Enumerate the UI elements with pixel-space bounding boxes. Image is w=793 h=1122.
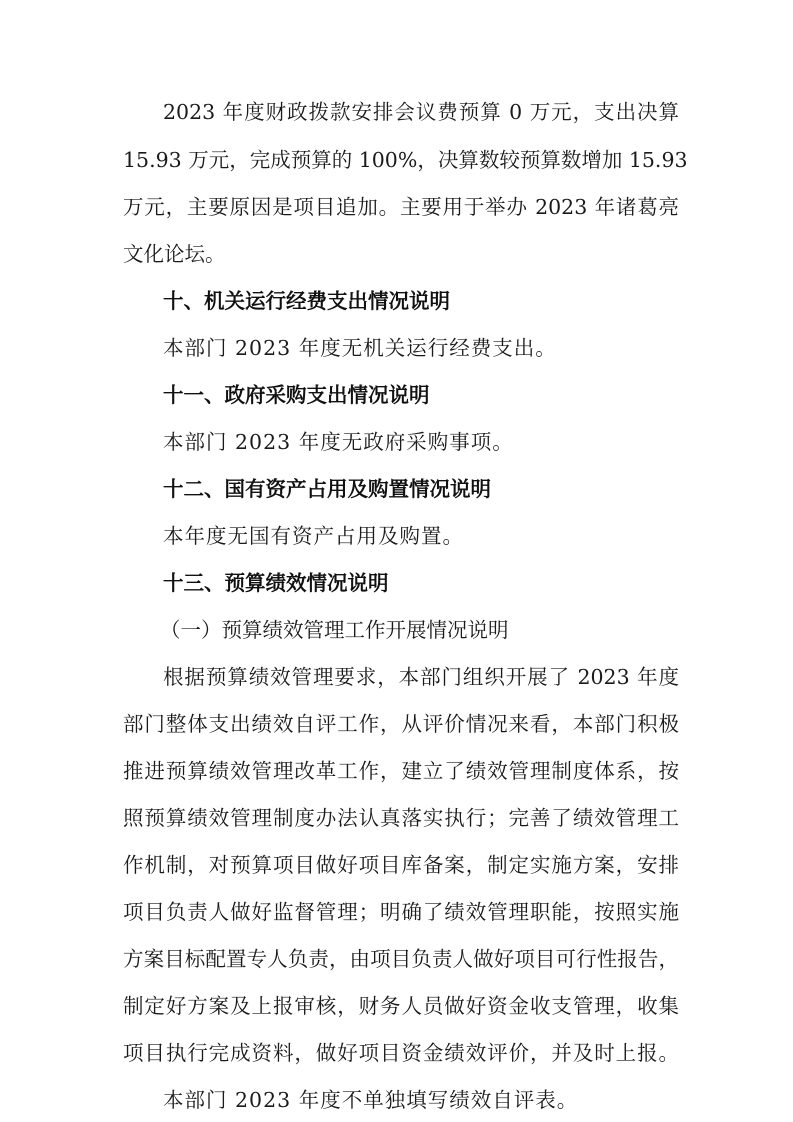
section-13-subheading: （一）预算绩效管理工作开展情况说明	[160, 614, 509, 646]
section-13-paragraph-line-7: 方案目标配置专人负责，由项目负责人做好项目可行性报告，	[123, 943, 679, 975]
section-13-closing: 本部门 2023 年度不单独填写绩效自评表。	[163, 1084, 578, 1116]
section-10-heading: 十、机关运行经费支出情况说明	[163, 285, 450, 317]
paragraph-meeting-line-2: 15.93 万元，完成预算的 100%，决算数较预算数增加 15.93	[123, 144, 679, 176]
paragraph-meeting-line-1: 2023 年度财政拨款安排会议费预算 0 万元，支出决算	[163, 96, 679, 128]
section-13-paragraph-line-4: 照预算绩效管理制度办法认真落实执行；完善了绩效管理工	[123, 802, 679, 834]
section-12-body: 本年度无国有资产占用及购置。	[163, 520, 464, 552]
section-13-paragraph-line-6: 项目负责人做好监督管理；明确了绩效管理职能，按照实施	[123, 896, 679, 928]
section-11-heading: 十一、政府采购支出情况说明	[163, 379, 430, 411]
section-13-paragraph-line-1: 根据预算绩效管理要求，本部门组织开展了 2023 年度	[163, 661, 679, 693]
section-10-body: 本部门 2023 年度无机关运行经费支出。	[163, 332, 557, 364]
paragraph-meeting-line-4: 文化论坛。	[123, 238, 679, 270]
section-13-paragraph-line-5: 作机制，对预算项目做好项目库备案，制定实施方案，安排	[123, 849, 679, 881]
section-13-paragraph-line-9: 项目执行完成资料，做好项目资金绩效评价，并及时上报。	[123, 1037, 679, 1069]
document-page: 2023 年度财政拨款安排会议费预算 0 万元，支出决算 15.93 万元，完成…	[0, 0, 793, 1122]
section-13-paragraph-line-3: 推进预算绩效管理改革工作，建立了绩效管理制度体系，按	[123, 755, 679, 787]
section-11-body: 本部门 2023 年度无政府采购事项。	[163, 426, 514, 458]
section-12-heading: 十二、国有资产占用及购置情况说明	[163, 473, 491, 505]
paragraph-meeting-line-3: 万元，主要原因是项目追加。主要用于举办 2023 年诸葛亮	[123, 191, 679, 223]
section-13-paragraph-line-2: 部门整体支出绩效自评工作，从评价情况来看，本部门积极	[123, 708, 679, 740]
section-13-paragraph-line-8: 制定好方案及上报审核，财务人员做好资金收支管理，收集	[123, 990, 679, 1022]
section-13-heading: 十三、预算绩效情况说明	[163, 567, 389, 599]
